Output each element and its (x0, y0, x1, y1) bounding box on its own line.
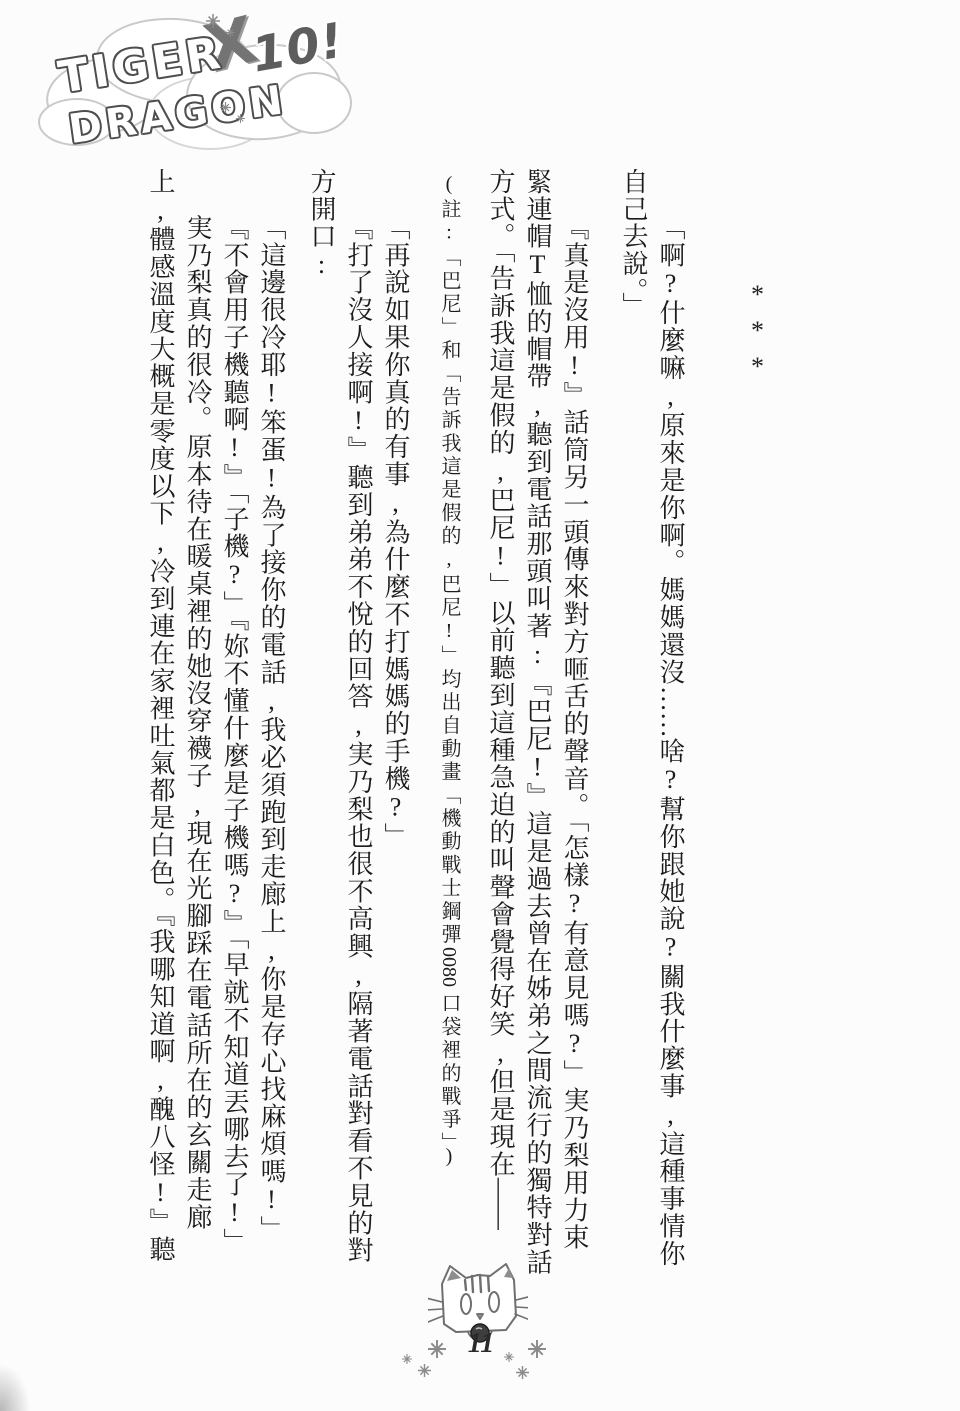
text-column-7: 「再說如果你真的有事,為什麼不打媽媽的手機?」 (377, 168, 414, 1270)
text-column-2: 自己去說。」 (615, 168, 652, 1270)
sparkle-star-icon (418, 1364, 431, 1377)
text-column-5: 方式。「告訴我這是假的,巴尼!」以前聽到這種急迫的叫聲會覺得好笑,但是現在—— (482, 168, 519, 1270)
note-text-run: 口袋裡的戰爭」) (438, 993, 460, 1171)
note-number-run: 0080 (438, 947, 460, 987)
text-column-11: 『不會用子機聽啊!』「子機?」『妳不懂什麼是子機嗎?』「早就不知道丟哪去了!」 (216, 168, 253, 1270)
ellipsis-run: …… (656, 686, 685, 738)
text-column-12: 実乃梨真的很冷。原本待在暖桌裡的她沒穿襪子,現在光腳踩在電話所在的玄關走廊 (179, 168, 216, 1270)
dash-run: —— (486, 1178, 515, 1230)
sparkle-star-icon (220, 102, 231, 113)
note-text-run: (註:「巴尼」和「告訴我這是假的,巴尼!」均出自動畫「機動戰士鋼彈 (438, 173, 460, 947)
novel-text-block: *** 「啊?什麼嘛,原來是你啊。媽媽還沒……啥?幫你跟她說?關我什麼事,這種事… (142, 168, 776, 1270)
series-logo: X 10! TIGER DRAGON (38, 6, 353, 161)
text-column-4: 緊連帽T恤的帽帶,聽到電話那頭叫著:『巴尼!』這是過去曾在姊弟之間流行的獨特對話 (519, 168, 556, 1270)
text-column-10: 「這邊很冷耶!笨蛋!為了接你的電話,我必須跑到走廊上,你是存心找麻煩嗎!」 (253, 168, 290, 1270)
sparkle-star-icon (516, 1366, 529, 1379)
sparkle-star-icon (428, 1340, 446, 1358)
sparkle-star-icon (226, 28, 235, 37)
text-column-13: 上,體感溫度大概是零度以下,冷到連在家裡吐氣都是白色。『我哪知道啊,醜八怪!』聽 (142, 168, 179, 1270)
sparkle-star-icon (504, 1352, 514, 1362)
text-column-8: 『打了沒人接啊!』聽到弟弟不悅的回答,実乃梨也很不高興,隔著電話對看不見的對 (340, 168, 377, 1270)
sparkle-star-icon (236, 114, 245, 123)
sparkle-star-icon (206, 14, 220, 28)
sparkle-star-icon (402, 1354, 412, 1364)
section-separator: *** (739, 168, 776, 1270)
cloud-shape (276, 72, 352, 134)
text-column-1: 「啊?什麼嘛,原來是你啊。媽媽還沒……啥?幫你跟她說?關我什麼事,這種事情你 (652, 168, 689, 1270)
scan-shadow (0, 1365, 30, 1411)
text-column-9: 方開口: (303, 168, 340, 1270)
text-column-3: 『真是沒用!』話筒另一頭傳來對方咂舌的聲音。「怎樣?有意見嗎?」実乃梨用力束 (556, 168, 593, 1270)
text-run: 方式。「告訴我這是假的,巴尼!」以前聽到這種急迫的叫聲會覺得好笑,但是現在 (486, 168, 515, 1178)
text-run: 啥?幫你跟她說?關我什麼事,這種事情你 (656, 738, 685, 1268)
sparkle-star-icon (528, 1340, 546, 1358)
text-run: 「啊?什麼嘛,原來是你啊。媽媽還沒 (656, 214, 685, 686)
translator-note-column: (註:「巴尼」和「告訴我這是假的,巴尼!」均出自動畫「機動戰士鋼彈0080口袋裡… (430, 168, 467, 1270)
